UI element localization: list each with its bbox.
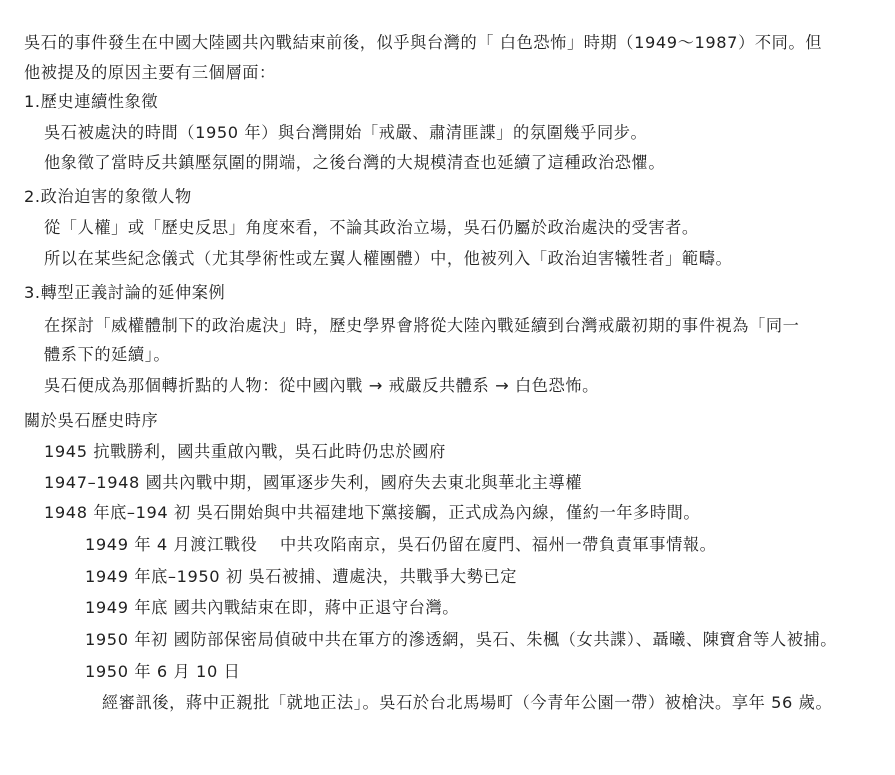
section-2-line-1: 從「人權」或「歷史反思」角度來看，不論其政治立場，吳石仍屬於政治處決的受害者。 bbox=[44, 218, 699, 238]
section-3-line-2: 體系下的延續」。 bbox=[44, 345, 170, 365]
timeline-sub-entry: 1949 年底–1950 初 吳石被捕、遭處決，共戰爭大勢已定 bbox=[85, 567, 517, 587]
section-1-line-1: 吳石被處決的時間（1950 年）與台灣開始「戒嚴、肅清匪諜」的氛圍幾乎同步。 bbox=[44, 123, 647, 143]
section-heading-2: 2.政治迫害的象徵人物 bbox=[24, 187, 192, 207]
timeline-entry: 1945 抗戰勝利，國共重啟內戰，吳石此時仍忠於國府 bbox=[44, 442, 446, 462]
section-heading-1: 1.歷史連續性象徵 bbox=[24, 92, 158, 112]
timeline-entry: 1947–1948 國共內戰中期，國軍逐步失利，國府失去東北與華北主導權 bbox=[44, 473, 582, 493]
section-heading-3: 3.轉型正義討論的延伸案例 bbox=[24, 283, 225, 303]
section-1-line-2: 他象徵了當時反共鎮壓氛圍的開端，之後台灣的大規模清查也延續了這種政治恐懼。 bbox=[44, 153, 665, 173]
intro-line-2: 他被提及的原因主要有三個層面： bbox=[24, 63, 276, 83]
timeline-sub-entry: 1949 年 4 月渡江戰役 中共攻陷南京，吳石仍留在廈門、福州一帶負責軍事情報… bbox=[85, 535, 716, 555]
timeline-sub-entry: 1950 年 6 月 10 日 bbox=[85, 662, 240, 682]
timeline-final-note: 經審訊後，蔣中正親批「就地正法」。吳石於台北馬場町（今青年公園一帶）被槍決。享年… bbox=[102, 693, 832, 713]
timeline-sub-entry: 1949 年底 國共內戰結束在即，蔣中正退守台灣。 bbox=[85, 598, 459, 618]
document-body: 吳石的事件發生在中國大陸國共內戰結束前後，似乎與台灣的「 白色恐怖」時期（194… bbox=[0, 0, 895, 775]
timeline-sub-entry: 1950 年初 國防部保密局偵破中共在軍方的滲透網，吳石、朱楓（女共諜）、聶曦、… bbox=[85, 630, 837, 650]
timeline-heading: 關於吳石歷史時序 bbox=[24, 411, 158, 431]
intro-line-1: 吳石的事件發生在中國大陸國共內戰結束前後，似乎與台灣的「 白色恐怖」時期（194… bbox=[24, 33, 822, 53]
timeline-entry: 1948 年底–194 初 吳石開始與中共福建地下黨接觸，正式成為內線，僅約一年… bbox=[44, 503, 700, 523]
section-3-line-1: 在探討「威權體制下的政治處決」時，歷史學界會將從大陸內戰延續到台灣戒嚴初期的事件… bbox=[44, 316, 799, 336]
section-2-line-2: 所以在某些紀念儀式（尤其學術性或左翼人權團體）中，他被列入「政治迫害犧牲者」範疇… bbox=[44, 249, 732, 269]
section-3-line-3: 吳石便成為那個轉折點的人物：從中國內戰 → 戒嚴反共體系 → 白色恐怖。 bbox=[44, 376, 599, 396]
